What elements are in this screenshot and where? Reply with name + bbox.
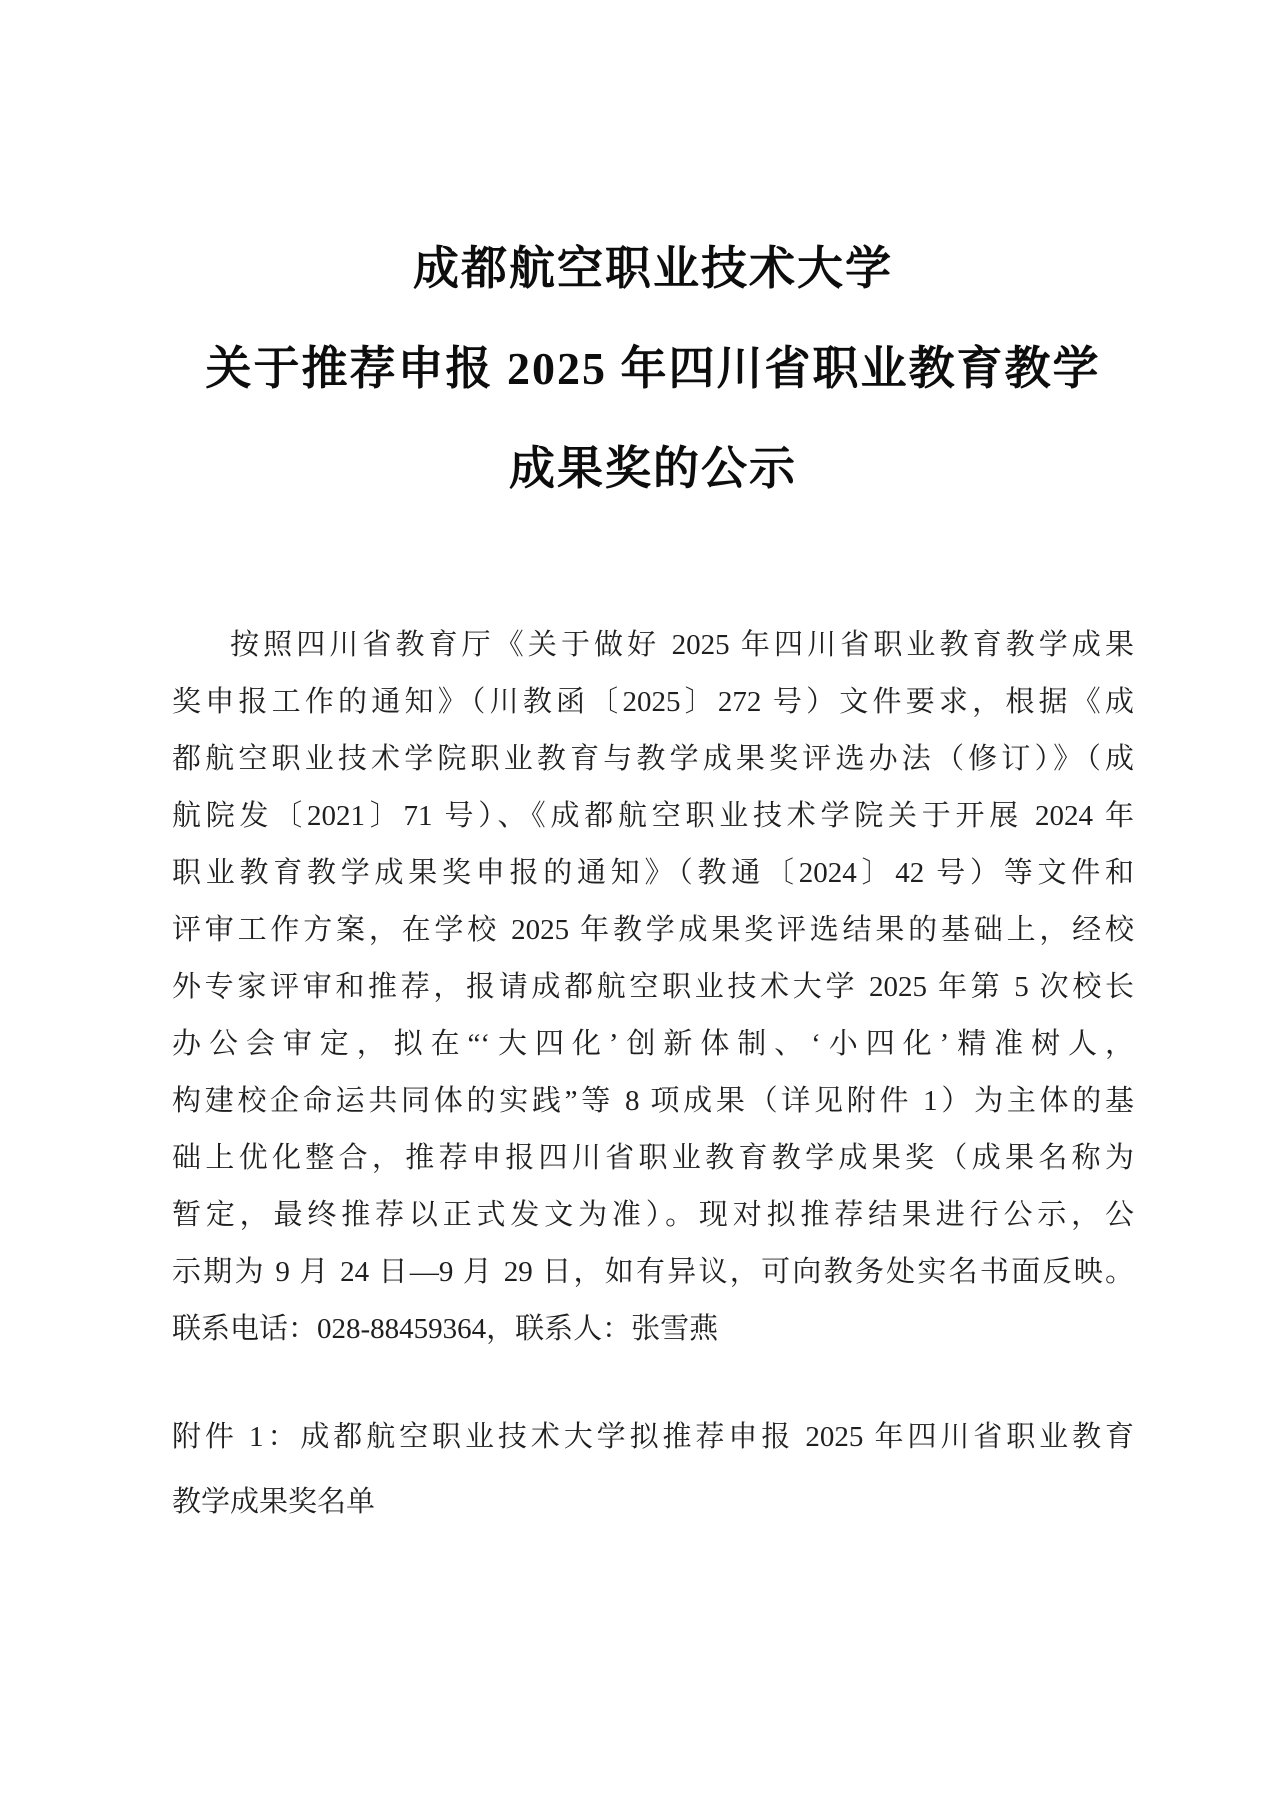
attachment-text-line: 教学成果奖名单 bbox=[172, 1470, 1134, 1535]
body-paragraph: 按照四川省教育厅《关于做好 2025 年四川省职业教育教学成果奖申报工作的通知》… bbox=[172, 617, 1134, 1358]
body-text-line: 评审工作方案，在学校 2025 年教学成果奖评选结果的基础上，经校 bbox=[172, 902, 1134, 959]
document-title: 成都航空职业技术大学 关于推荐申报 2025 年四川省职业教育教学 成果奖的公示 bbox=[172, 0, 1134, 519]
body-text-line: 职业教育教学成果奖申报的通知》（教通〔2024〕42 号）等文件和 bbox=[172, 845, 1134, 902]
body-text-line: 联系电话：028-88459364，联系人：张雪燕 bbox=[172, 1301, 1134, 1358]
title-line-3: 成果奖的公示 bbox=[172, 419, 1134, 519]
attachment-note: 附件 1：成都航空职业技术大学拟推荐申报 2025 年四川省职业教育教学成果奖名… bbox=[172, 1405, 1134, 1535]
body-text-line: 暂定，最终推荐以正式发文为准）。现对拟推荐结果进行公示，公 bbox=[172, 1187, 1134, 1244]
body-text-line: 础上优化整合，推荐申报四川省职业教育教学成果奖（成果名称为 bbox=[172, 1130, 1134, 1187]
body-text-line: 都航空职业技术学院职业教育与教学成果奖评选办法（修订）》（成 bbox=[172, 731, 1134, 788]
body-text-line: 航院发〔2021〕71 号）、《成都航空职业技术学院关于开展 2024 年 bbox=[172, 788, 1134, 845]
attachment-text-line: 附件 1：成都航空职业技术大学拟推荐申报 2025 年四川省职业教育 bbox=[172, 1405, 1134, 1470]
body-text-line: 示期为 9 月 24 日—9 月 29 日，如有异议，可向教务处实名书面反映。 bbox=[172, 1244, 1134, 1301]
body-text-line: 奖申报工作的通知》（川教函〔2025〕272 号）文件要求，根据《成 bbox=[172, 674, 1134, 731]
title-line-1: 成都航空职业技术大学 bbox=[172, 219, 1134, 319]
body-text-line: 构建校企命运共同体的实践”等 8 项成果（详见附件 1）为主体的基 bbox=[172, 1073, 1134, 1130]
document-page: 成都航空职业技术大学 关于推荐申报 2025 年四川省职业教育教学 成果奖的公示… bbox=[0, 0, 1280, 1811]
body-text-line: 外专家评审和推荐，报请成都航空职业技术大学 2025 年第 5 次校长 bbox=[172, 959, 1134, 1016]
body-text-line: 按照四川省教育厅《关于做好 2025 年四川省职业教育教学成果 bbox=[172, 617, 1134, 674]
body-text-line: 办公会审定，拟在“‘大四化’创新体制、‘小四化’精准树人， bbox=[172, 1016, 1134, 1073]
title-line-2: 关于推荐申报 2025 年四川省职业教育教学 bbox=[172, 319, 1134, 419]
